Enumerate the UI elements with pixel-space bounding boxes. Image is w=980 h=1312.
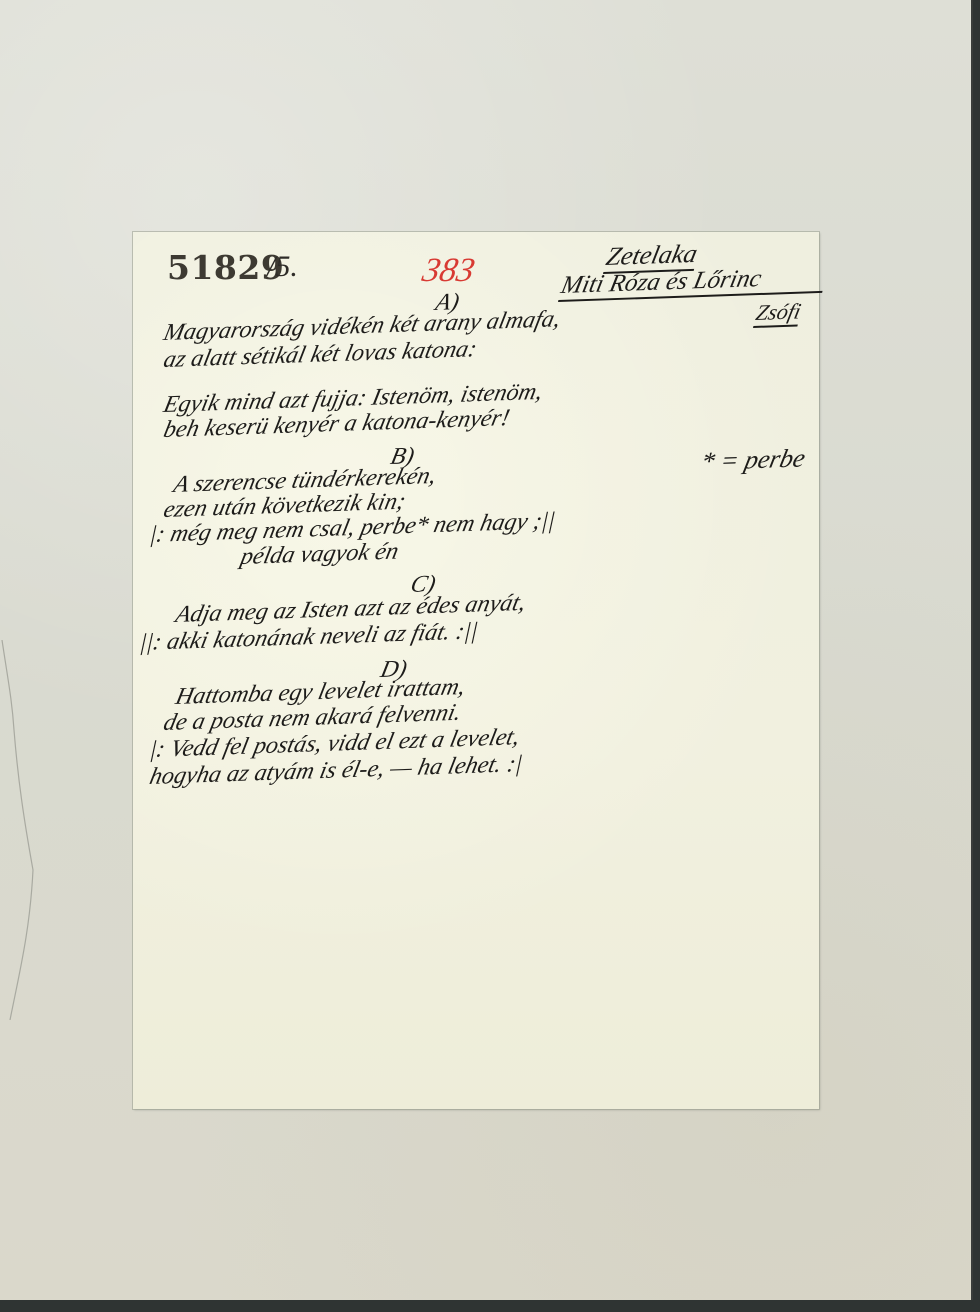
mounting-card: 51829 /5. 383 Zetelaka Miti Róza és Lőri…	[0, 0, 973, 1300]
collector-name-continued: Zsófi	[753, 298, 803, 328]
lyric-line: példa vagyok én	[238, 539, 401, 571]
inventory-suffix: /5.	[267, 250, 298, 284]
red-catalog-number: 383	[419, 252, 478, 290]
manuscript-sheet: 51829 /5. 383 Zetelaka Miti Róza és Lőri…	[133, 232, 819, 1109]
collector-name: Miti Róza és Lőrinc	[558, 263, 829, 302]
card-crease-line	[0, 640, 40, 1020]
footnote: * = perbe	[698, 443, 808, 477]
